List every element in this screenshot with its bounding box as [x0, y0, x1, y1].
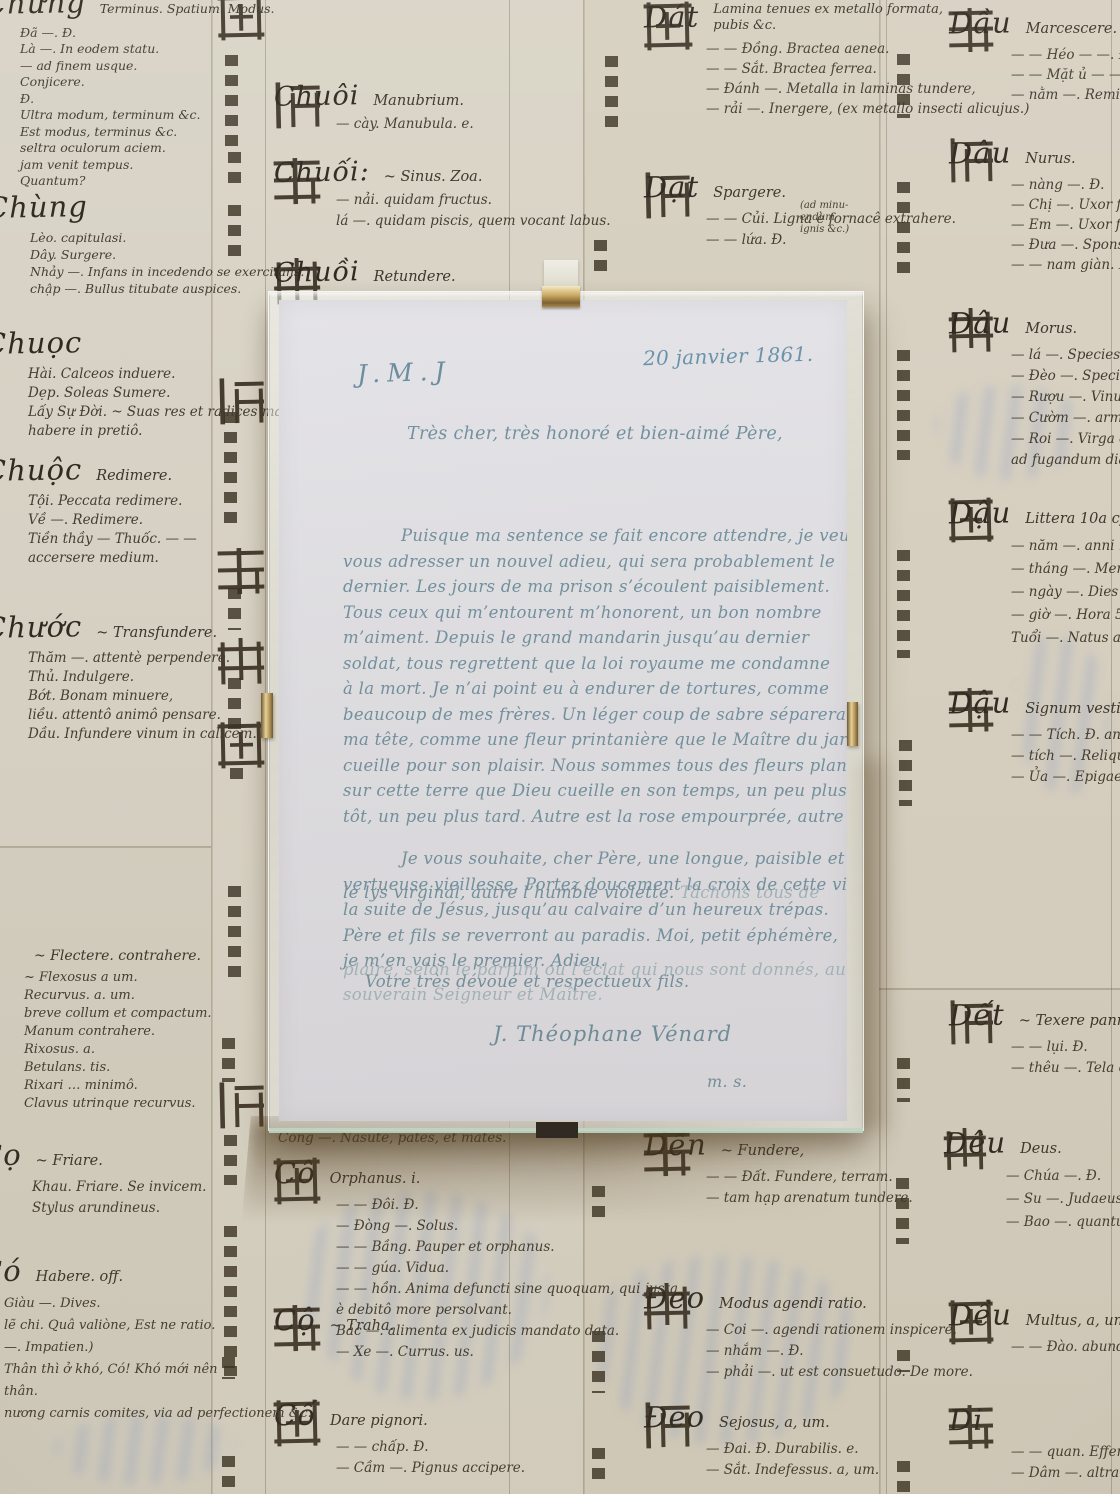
dict-headword: Chuồi — [274, 257, 360, 288]
dict-subentries: — nải. quidam fructus. lá —. quidam pisc… — [336, 190, 611, 232]
dict-gloss: Deus. — [1020, 1141, 1062, 1157]
cjk-character — [218, 548, 265, 595]
dict-headword: Dều — [949, 1299, 1012, 1332]
dict-gloss: Morus. — [1025, 321, 1077, 337]
letter-salutation: Très cher, très honoré et bien-aimé Père… — [407, 424, 783, 444]
dict-gloss: Sejosus, a, um. — [719, 1415, 830, 1431]
cjk-subcharacter-column — [899, 740, 912, 806]
frame-clip-right — [847, 702, 858, 746]
cjk-subcharacter-column — [897, 1350, 910, 1372]
dict-gloss: Retundere. — [374, 269, 456, 285]
dict-subentries: Giàu —. Dives. lẽ chi. Quâ valiòne, Est … — [4, 1293, 312, 1425]
letter-initials: m. s. — [707, 1072, 747, 1091]
dict-headword: Chuôi — [274, 81, 360, 112]
dict-subentries: — Chúa —. Đ. — Su —. Judaeus. — Bao —. q… — [1006, 1165, 1120, 1234]
dict-subentries: — lá —. Species mori. — Đèo —. Species m… — [1011, 345, 1120, 471]
dict-headword: Dâu — [949, 307, 1012, 340]
cjk-subcharacter-column — [230, 768, 243, 788]
dict-entry: ChuồiRetundere. — [218, 258, 456, 288]
letter-paper: J.M.J 20 janvier 1861. Très cher, très h… — [279, 300, 847, 1121]
letter-monogram: J.M.J — [357, 356, 453, 388]
dict-headword: Dậu — [949, 687, 1012, 720]
cjk-subcharacter-column — [222, 1456, 235, 1494]
letter-signature: J. Théophane Vénard — [493, 1022, 732, 1046]
dict-subentries: — — lụi. Đ. — thêu —. Tela contexere. — [1011, 1037, 1120, 1079]
dict-headword: Cọ — [0, 1140, 22, 1173]
dict-entry: CóHabere. off. Giàu —. Dives. lẽ chi. Qu… — [0, 1256, 312, 1425]
dict-subentries: — — Héo — —. Đ. — — Mặt ủ — —. Vultus tr… — [1011, 45, 1120, 105]
dict-gloss: Modus agendi ratio. — [719, 1296, 867, 1312]
dict-subentries: — — Đào. abundans. tis. — [1011, 1337, 1120, 1358]
dict-headword: Chước — [0, 611, 83, 645]
dict-headword: Đeo — [644, 1401, 706, 1434]
dict-entry: Chuọc Hài. Calceos induere. Dẹp. Soleas … — [0, 328, 308, 441]
dict-entry: DâuMorus. — lá —. Species mori. — Đèo —.… — [893, 308, 1120, 471]
dict-gloss: ~ Texere pannos. — [1019, 1013, 1120, 1029]
dict-subentries: — Xe —. Currus. us. — [336, 1342, 474, 1363]
dict-subentries: Khau. Friare. Se invicem. Stylus arundin… — [32, 1177, 206, 1219]
dict-subentries: Tội. Peccata redimere. Về —. Redimere. T… — [28, 492, 197, 568]
dict-headword: Dêu — [944, 1127, 1007, 1160]
dict-subentries: — năm —. anni 10us. 22. 34. 46. 58. ug. … — [1011, 535, 1120, 650]
dict-headword: Dát — [644, 2, 700, 35]
dict-gloss: Redimere. — [96, 468, 172, 484]
dict-entry: Chước~ Transfundere. Thăm —. attentè per… — [0, 612, 257, 744]
dict-headword: Chuối: — [274, 157, 370, 188]
dict-subentries: — nàng —. Đ. — Chị —. Uxor fratris major… — [1011, 175, 1120, 275]
cjk-subcharacter-column — [896, 1178, 909, 1244]
dict-entry: Chuối:~ Sinus. Zoa. — nải. quidam fructu… — [218, 158, 611, 232]
dict-entry: Dết~ Texere pannos. — — lụi. Đ. — thêu —… — [893, 1000, 1120, 1079]
frame-clip-bottom — [536, 1120, 578, 1138]
photograph-of-framed-letter-on-dictionary-wall: ChừngTerminus. Spatium. Modus. Đã —. Đ. … — [0, 0, 1120, 1494]
letter-paragraph-1-lines: Puisque ma sentence se fait encore atten… — [343, 523, 847, 829]
cjk-subcharacter-column — [605, 56, 618, 134]
dict-entry: ~ Flectere. contrahere. ~ Flexosus a um.… — [0, 945, 212, 1113]
dict-gloss: ~ Sinus. Zoa. — [384, 169, 483, 185]
dict-gloss: Spargere. — [713, 185, 786, 201]
dict-gloss: ~ Friare. — [36, 1153, 103, 1169]
dict-entry: DậuSignum vestigium. — — Tích. Đ. antiqu… — [893, 688, 1120, 788]
dict-subentries: Thăm —. attentè perpendere. Thủ. Indulge… — [28, 649, 257, 744]
dict-margin-note: (ad minu- endum ignis &c.) — [800, 200, 849, 236]
dict-gloss: Marcescere. — [1026, 21, 1117, 37]
page-seam — [879, 988, 1120, 990]
dict-subentries: — cày. Manubula. e. — [336, 114, 474, 135]
dict-gloss: Multus, a, um. — [1026, 1313, 1120, 1329]
dict-subentries: — — quan. Efferre cadaver. — Dâm —. altr… — [1011, 1442, 1120, 1484]
dict-entry: DêuDeus. — Chúa —. Đ. — Su —. Judaeus. —… — [888, 1128, 1120, 1234]
dict-headword: Dâu — [949, 137, 1012, 170]
dict-entry: Di — — quan. Efferre cadaver. — Dâm —. a… — [893, 1405, 1120, 1484]
dict-gloss: Nurus. — [1025, 151, 1075, 167]
dict-subentries: — Đai. Đ. Durabilis. e. — Sắt. Indefessu… — [706, 1439, 879, 1481]
dict-gloss: ~ Transfundere. — [96, 625, 217, 641]
frame-clip-left — [261, 693, 273, 738]
dict-gloss: Littera 10a cycli duodenarii. — [1025, 511, 1120, 527]
cjk-subcharacter-column — [222, 1038, 235, 1082]
dict-gloss: Manubrium. — [373, 93, 464, 109]
dict-entry: ChuôiManubrium. — cày. Manubula. e. — [218, 82, 474, 135]
dict-entry: DâuNurus. — nàng —. Đ. — Chị —. Uxor fra… — [893, 138, 1120, 275]
dict-headword: Chùng — [0, 191, 88, 225]
cjk-subcharacter-column — [897, 350, 910, 460]
dict-entry: Cọ~ Friare. Khau. Friare. Se invicem. St… — [0, 1140, 206, 1219]
letter-closing: Votre très dévoué et respectueux fils. — [365, 972, 689, 991]
dict-gloss: Signum vestigium. — [1025, 701, 1120, 717]
dict-headword: Dết — [949, 1000, 1005, 1033]
dict-gloss: Terminus. Spatium. Modus. — [100, 1, 275, 16]
dict-entry: DềuMultus, a, um. — — Đào. abundans. tis… — [893, 1300, 1120, 1358]
dict-subentries: Hài. Calceos induere. Dẹp. Soleas Sumere… — [28, 365, 308, 441]
dict-gloss: Dare pignori. — [330, 1413, 428, 1429]
frame-clip-top — [542, 286, 580, 307]
dict-headword: Di — [949, 1405, 984, 1437]
dict-subentries: — — Tích. Đ. antiquorum monumentorum. — … — [1011, 725, 1120, 788]
dict-subentries: ~ Flexosus a um. Recurvus. a. um. breve … — [24, 969, 212, 1113]
page-seam — [0, 846, 211, 848]
dict-entry: ĐeoSejosus, a, um. — Đai. Đ. Durabilis. … — [588, 1402, 879, 1481]
dict-headword: Dạt — [644, 172, 700, 205]
dict-subentries: — — chấp. Đ. — Cầm —. Pignus accipere. — [336, 1437, 525, 1479]
cjk-subcharacter-column — [897, 1461, 910, 1494]
dict-headword: Chừng — [0, 0, 86, 21]
dict-entry: ChuộcRedimere. Tội. Peccata redimere. Về… — [0, 455, 197, 568]
dict-headword: Có — [0, 1256, 22, 1289]
cjk-subcharacter-column — [897, 182, 910, 282]
dict-headword: Chuọc — [0, 327, 83, 361]
dict-headword: Dầu — [949, 7, 1012, 40]
dict-entry: DầuMarcescere. — — Héo — —. Đ. — — Mặt ủ… — [893, 8, 1120, 105]
cjk-subcharacter-column — [228, 886, 241, 978]
dict-headword: Dậu — [949, 497, 1012, 530]
cjk-subcharacter-column — [897, 54, 910, 118]
cjk-subcharacter-column — [897, 1058, 910, 1102]
glass-clip-frame: J.M.J 20 janvier 1861. Très cher, très h… — [268, 291, 864, 1131]
dict-entry: DậuLittera 10a cycli duodenarii. — năm —… — [893, 498, 1120, 650]
letter-date: 20 janvier 1861. — [643, 342, 814, 370]
dict-headword: Chuộc — [0, 454, 83, 488]
dict-gloss: ~ Flectere. contrahere. — [34, 948, 201, 964]
dict-gloss: Habere. off. — [36, 1269, 124, 1285]
cjk-subcharacter-column — [592, 1448, 605, 1488]
cjk-subcharacter-column — [594, 240, 607, 280]
cjk-subcharacter-column — [897, 550, 910, 658]
dict-gloss: ~ Traha. — [330, 1318, 395, 1334]
letter-paragraph-2: Je vous souhaite, cher Père, une longue,… — [343, 846, 847, 974]
